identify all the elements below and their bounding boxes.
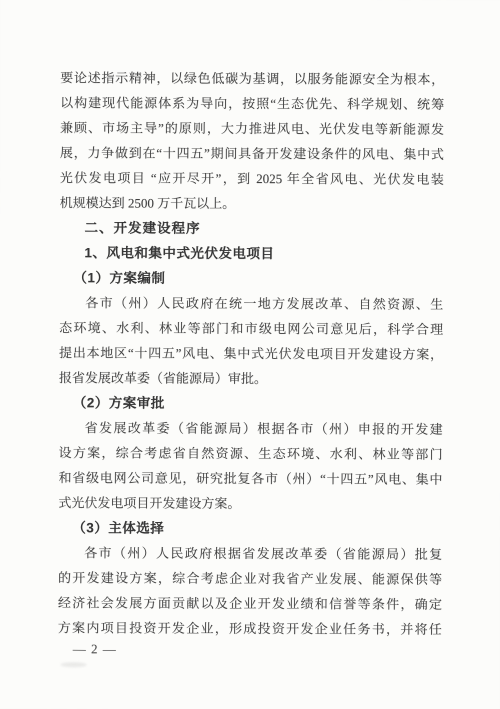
text-line: 机规模达到 2500 万千瓦以上。 bbox=[60, 190, 444, 217]
document-page: 要论述指示精神，以绿色低碳为基调，以服务能源安全为根本，以构建现代能源体系为导向… bbox=[0, 0, 500, 709]
scan-smudge bbox=[61, 662, 87, 667]
text-line: 兼顾、市场主导”的原则，大力推进风电、光伏发电等新能源发 bbox=[60, 115, 444, 142]
text-line: 态环境、水利、林业等部门和市级电网公司意见后，科学合理 bbox=[59, 315, 443, 342]
text-line: 经济社会发展方面贡献以及企业开发业绩和信誉等条件，确定 bbox=[58, 590, 442, 617]
text-line: 以构建现代能源体系为导向，按照“生态优先、科学规划、统筹 bbox=[60, 90, 444, 117]
paragraph: 要论述指示精神，以绿色低碳为基调，以服务能源安全为根本，以构建现代能源体系为导向… bbox=[60, 65, 445, 217]
paragraph: 省发展改革委（省能源局）根据各市（州）申报的开发建设方案，综合考虑省自然资源、生… bbox=[58, 415, 442, 517]
heading-level1: 二、开发建设程序 bbox=[59, 215, 443, 242]
heading-level3: （1）方案编制 bbox=[59, 265, 443, 292]
text-line: 光伏发电项目 “应开尽开”，到 2025 年全省风电、光伏发电装 bbox=[60, 165, 444, 192]
text-line: 省发展改革委（省能源局）根据各市（州）申报的开发建 bbox=[59, 415, 443, 442]
text-line: 和省级电网公司意见，研究批复各市（州）“十四五”风电、集中 bbox=[58, 465, 442, 492]
paragraph: 各市（州）人民政府在统一地方发展改革、自然资源、生态环境、水利、林业等部门和市级… bbox=[59, 290, 443, 392]
text-line: 展，力争做到在“十四五”期间具备开发建设条件的风电、集中式 bbox=[60, 140, 444, 167]
heading-level3: （3）主体选择 bbox=[58, 515, 442, 542]
text-line: 的开发建设方案，综合考虑企业对我省产业发展、能源保供等 bbox=[58, 565, 442, 592]
text-line: 提出本地区“十四五”风电、集中式光伏发电项目开发建设方案， bbox=[59, 340, 443, 367]
text-line: 报省发展改革委（省能源局）审批。 bbox=[59, 365, 443, 392]
text-line: 方案内项目投资开发企业，形成投资开发企业任务书，并将任 bbox=[58, 615, 442, 642]
text-line: 设方案，综合考虑省自然资源、生态环境、水利、林业等部门 bbox=[59, 440, 443, 467]
page-footer: — 2 — bbox=[73, 640, 117, 658]
text-line: 各市（州）人民政府在统一地方发展改革、自然资源、生 bbox=[59, 290, 443, 317]
page-number: — 2 — bbox=[73, 641, 117, 656]
heading-level2: 1、风电和集中式光伏发电项目 bbox=[59, 240, 443, 267]
paragraph: 各市（州）人民政府根据省发展改革委（省能源局）批复的开发建设方案，综合考虑企业对… bbox=[58, 540, 442, 642]
heading-level3: （2）方案审批 bbox=[59, 390, 443, 417]
text-line: 要论述指示精神，以绿色低碳为基调，以服务能源安全为根本， bbox=[60, 65, 444, 92]
document-body: 要论述指示精神，以绿色低碳为基调，以服务能源安全为根本，以构建现代能源体系为导向… bbox=[58, 65, 445, 642]
text-line: 各市（州）人民政府根据省发展改革委（省能源局）批复 bbox=[58, 540, 442, 567]
text-line: 式光伏发电项目开发建设方案。 bbox=[58, 490, 442, 517]
